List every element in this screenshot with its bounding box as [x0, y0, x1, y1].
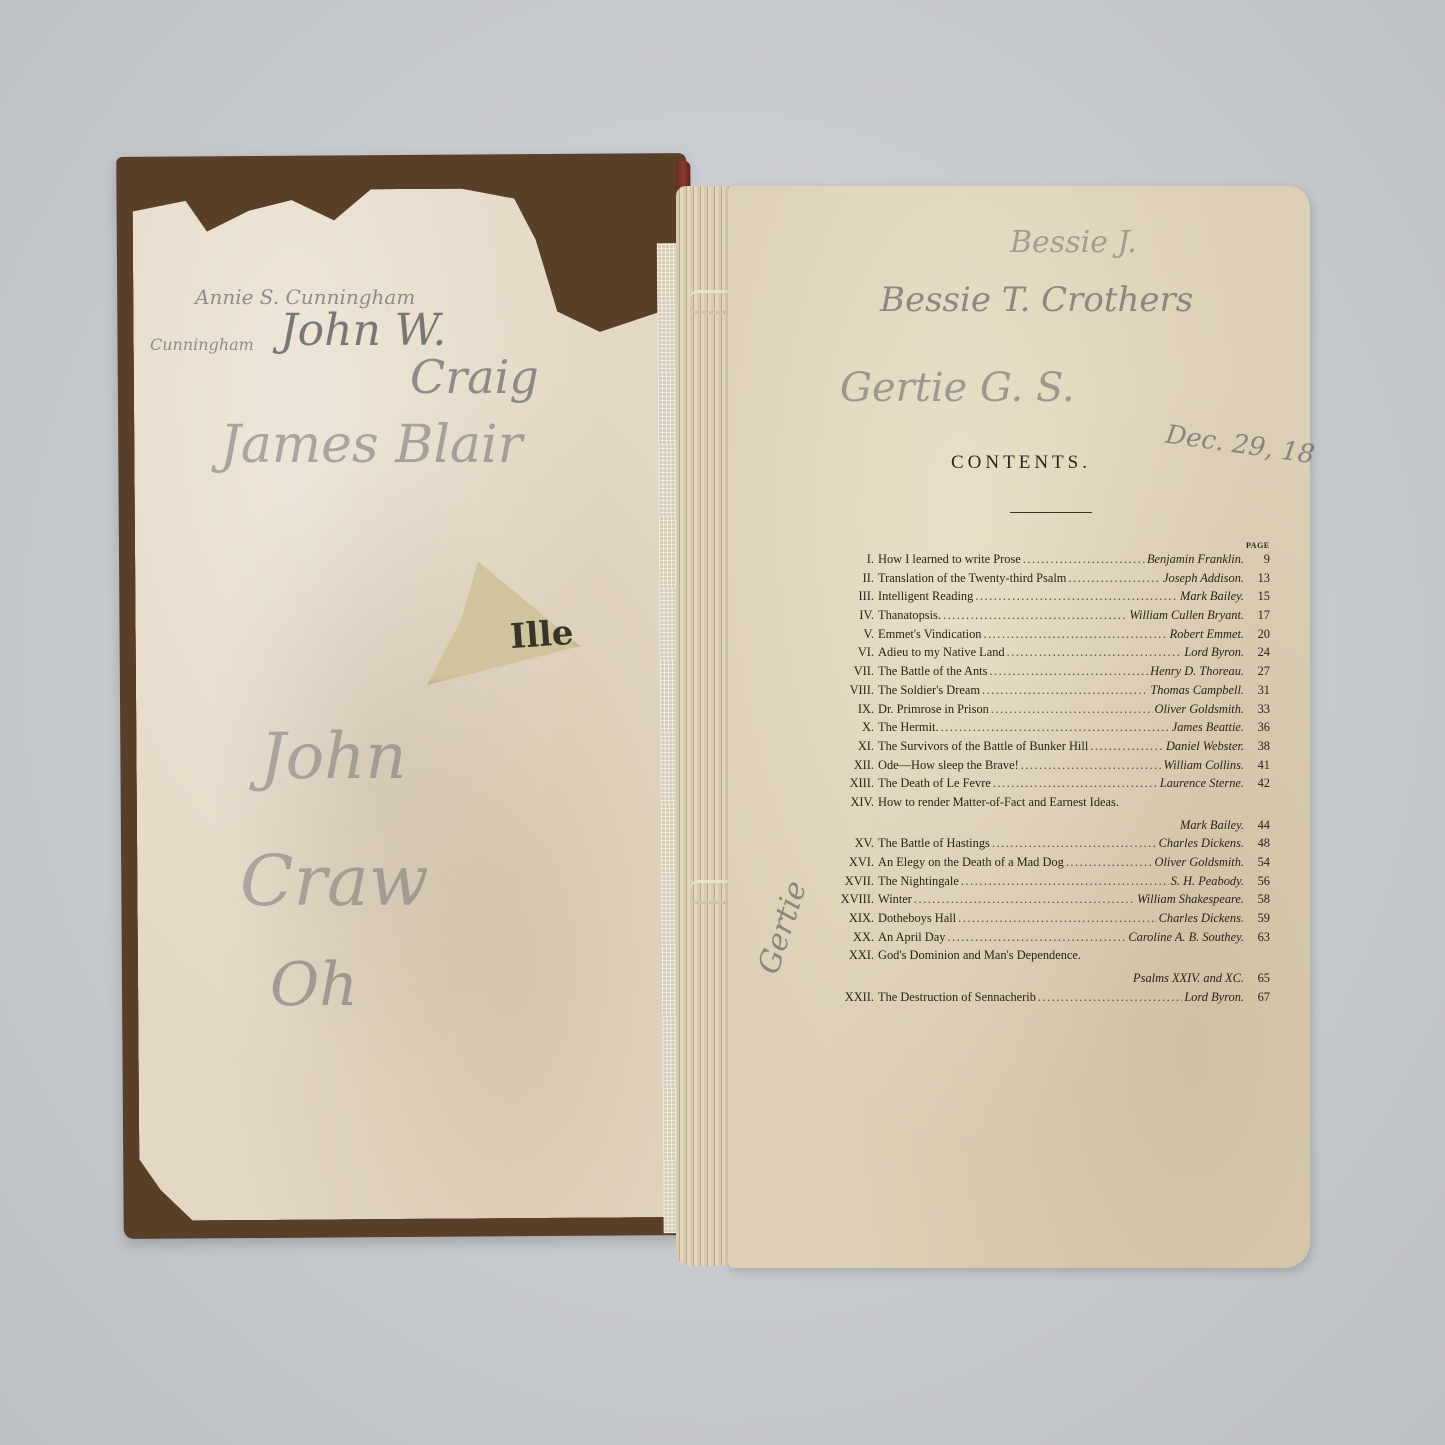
toc-entry: VI.Adieu to my Native LandLord Byron.24 — [820, 645, 1270, 664]
table-of-contents: I.How I learned to write ProseBenjamin F… — [820, 552, 1270, 1009]
contents-title: CONTENTS. — [951, 452, 1091, 474]
entry-page: 33 — [1244, 702, 1270, 717]
entry-title: Translation of the Twenty-third Psalm — [878, 571, 1066, 586]
front-cover-board — [116, 153, 694, 1239]
toc-entry: IV.Thanatopsis.William Cullen Bryant.17 — [820, 608, 1270, 627]
entry-page: 9 — [1244, 552, 1270, 567]
entry-number: VIII. — [820, 683, 878, 698]
toc-entry: XXII.The Destruction of SennacheribLord … — [820, 990, 1270, 1009]
leader-dots — [941, 720, 1170, 735]
entry-page: 36 — [1244, 720, 1270, 735]
entry-number: XXI. — [820, 948, 878, 963]
entry-author: Psalms XXIV. and XC. — [1133, 971, 1244, 986]
leader-dots — [958, 911, 1157, 926]
entry-title: How I learned to write Prose — [878, 552, 1021, 567]
leader-dots — [1068, 571, 1161, 586]
toc-entry: IX.Dr. Primrose in PrisonOliver Goldsmit… — [820, 702, 1270, 721]
leader-dots — [1007, 645, 1183, 660]
entry-page: 17 — [1244, 608, 1270, 623]
front-pastedown — [132, 187, 669, 1221]
entry-author: James Beattie. — [1172, 720, 1244, 735]
entry-number: XIII. — [820, 776, 878, 791]
entry-title: An April Day — [878, 930, 945, 945]
entry-title: God's Dominion and Man's Dependence. — [878, 948, 1081, 963]
entry-author: Oliver Goldsmith. — [1155, 702, 1244, 717]
leader-dots — [983, 627, 1167, 642]
entry-number: XVI. — [820, 855, 878, 870]
entry-number: XII. — [820, 758, 878, 773]
entry-page: 65 — [1244, 971, 1270, 986]
entry-page: 38 — [1244, 739, 1270, 754]
toc-entry: XX.An April DayCaroline A. B. Southey.63 — [820, 930, 1270, 949]
entry-title: The Soldier's Dream — [878, 683, 980, 698]
entry-author: Charles Dickens. — [1159, 836, 1244, 851]
leader-dots — [947, 930, 1126, 945]
toc-entry: XIV.How to render Matter-of-Fact and Ear… — [820, 795, 1270, 814]
leader-dots — [1038, 990, 1182, 1005]
entry-page: 44 — [1244, 818, 1270, 833]
entry-title: The Survivors of the Battle of Bunker Hi… — [878, 739, 1088, 754]
title-rule — [1010, 512, 1092, 513]
entry-number: V. — [820, 627, 878, 642]
entry-title: The Destruction of Sennacherib — [878, 990, 1036, 1005]
toc-entry: VIII.The Soldier's DreamThomas Campbell.… — [820, 683, 1270, 702]
leader-dots — [914, 892, 1135, 907]
entry-number: XIV. — [820, 795, 878, 810]
toc-entry: XII.Ode—How sleep the Brave!William Coll… — [820, 758, 1270, 777]
entry-title: Winter — [878, 892, 912, 907]
entry-title: Thanatopsis. — [878, 608, 941, 623]
toc-entry: XIII.The Death of Le FevreLaurence Stern… — [820, 776, 1270, 795]
entry-number: XVIII. — [820, 892, 878, 907]
entry-page: 42 — [1244, 776, 1270, 791]
entry-author: Lord Byron. — [1184, 990, 1244, 1005]
page-column-label: PAGE — [1246, 541, 1270, 550]
toc-entry: III.Intelligent ReadingMark Bailey.15 — [820, 589, 1270, 608]
entry-title: The Hermit. — [878, 720, 939, 735]
entry-author: William Cullen Bryant. — [1129, 608, 1244, 623]
entry-number: XIX. — [820, 911, 878, 926]
entry-number: XXII. — [820, 990, 878, 1005]
entry-number: X. — [820, 720, 878, 735]
entry-page: 48 — [1244, 836, 1270, 851]
entry-page: 54 — [1244, 855, 1270, 870]
entry-number: XX. — [820, 930, 878, 945]
toc-entry: X.The Hermit.James Beattie.36 — [820, 720, 1270, 739]
toc-entry: XVIII.WinterWilliam Shakespeare.58 — [820, 892, 1270, 911]
entry-author: Daniel Webster. — [1166, 739, 1244, 754]
entry-author: William Collins. — [1163, 758, 1244, 773]
entry-author: Oliver Goldsmith. — [1155, 855, 1244, 870]
leader-dots — [1090, 739, 1164, 754]
entry-page: 20 — [1244, 627, 1270, 642]
toc-entry: XVII.The NightingaleS. H. Peabody.56 — [820, 874, 1270, 893]
leader-dots — [982, 683, 1148, 698]
entry-number: XV. — [820, 836, 878, 851]
entry-page: 58 — [1244, 892, 1270, 907]
toc-entry: XI.The Survivors of the Battle of Bunker… — [820, 739, 1270, 758]
entry-page: 15 — [1244, 589, 1270, 604]
clipping-text: Ille — [509, 613, 575, 657]
entry-number: XI. — [820, 739, 878, 754]
entry-number: III. — [820, 589, 878, 604]
entry-author: S. H. Peabody. — [1171, 874, 1244, 889]
leader-dots — [1021, 758, 1162, 773]
entry-author: Laurence Sterne. — [1160, 776, 1244, 791]
toc-entry: XXI.God's Dominion and Man's Dependence. — [820, 948, 1270, 967]
entry-page: 56 — [1244, 874, 1270, 889]
entry-number: I. — [820, 552, 878, 567]
entry-author: Henry D. Thoreau. — [1150, 664, 1244, 679]
leader-dots — [975, 589, 1178, 604]
entry-number: IV. — [820, 608, 878, 623]
toc-entry: VII.The Battle of the AntsHenry D. Thore… — [820, 664, 1270, 683]
entry-author: Lord Byron. — [1184, 645, 1244, 660]
entry-title: An Elegy on the Death of a Mad Dog — [878, 855, 1064, 870]
entry-author: Caroline A. B. Southey. — [1128, 930, 1244, 945]
entry-title: The Nightingale — [878, 874, 959, 889]
toc-entry-continuation: Psalms XXIV. and XC.65 — [820, 971, 1270, 990]
entry-page: 24 — [1244, 645, 1270, 660]
entry-title: How to render Matter-of-Fact and Earnest… — [878, 795, 1119, 810]
toc-entry-continuation: Mark Bailey.44 — [820, 818, 1270, 837]
entry-author: Robert Emmet. — [1170, 627, 1244, 642]
entry-title: The Death of Le Fevre — [878, 776, 991, 791]
leader-dots — [991, 702, 1153, 717]
toc-entry: XVI.An Elegy on the Death of a Mad DogOl… — [820, 855, 1270, 874]
entry-number: VII. — [820, 664, 878, 679]
leader-dots — [992, 836, 1157, 851]
entry-page: 41 — [1244, 758, 1270, 773]
leader-dots — [961, 874, 1169, 889]
entry-title: Adieu to my Native Land — [878, 645, 1005, 660]
leader-dots — [993, 776, 1158, 791]
entry-page: 67 — [1244, 990, 1270, 1005]
entry-title: The Battle of the Ants — [878, 664, 987, 679]
entry-number: XVII. — [820, 874, 878, 889]
toc-entry: XIX.Dotheboys HallCharles Dickens.59 — [820, 911, 1270, 930]
entry-title: Emmet's Vindication — [878, 627, 981, 642]
entry-author: William Shakespeare. — [1137, 892, 1244, 907]
toc-entry: XV.The Battle of HastingsCharles Dickens… — [820, 836, 1270, 855]
leader-dots — [1023, 552, 1145, 567]
entry-author: Mark Bailey. — [1180, 589, 1244, 604]
toc-entry: I.How I learned to write ProseBenjamin F… — [820, 552, 1270, 571]
leader-dots — [1066, 855, 1153, 870]
entry-author: Benjamin Franklin. — [1147, 552, 1244, 567]
entry-page: 31 — [1244, 683, 1270, 698]
leader-dots — [943, 608, 1127, 623]
entry-title: Ode—How sleep the Brave! — [878, 758, 1019, 773]
entry-page: 59 — [1244, 911, 1270, 926]
entry-number: II. — [820, 571, 878, 586]
toc-entry: V.Emmet's VindicationRobert Emmet.20 — [820, 627, 1270, 646]
entry-title: The Battle of Hastings — [878, 836, 990, 851]
entry-number: VI. — [820, 645, 878, 660]
entry-author: Mark Bailey. — [1180, 818, 1244, 833]
entry-title: Dr. Primrose in Prison — [878, 702, 989, 717]
entry-author: Thomas Campbell. — [1150, 683, 1244, 698]
entry-author: Charles Dickens. — [1159, 911, 1244, 926]
leader-dots — [989, 664, 1148, 679]
entry-number: IX. — [820, 702, 878, 717]
entry-author: Joseph Addison. — [1163, 571, 1244, 586]
entry-page: 13 — [1244, 571, 1270, 586]
entry-title: Intelligent Reading — [878, 589, 973, 604]
entry-title: Dotheboys Hall — [878, 911, 956, 926]
entry-page: 27 — [1244, 664, 1270, 679]
toc-entry: II.Translation of the Twenty-third Psalm… — [820, 571, 1270, 590]
entry-page: 63 — [1244, 930, 1270, 945]
